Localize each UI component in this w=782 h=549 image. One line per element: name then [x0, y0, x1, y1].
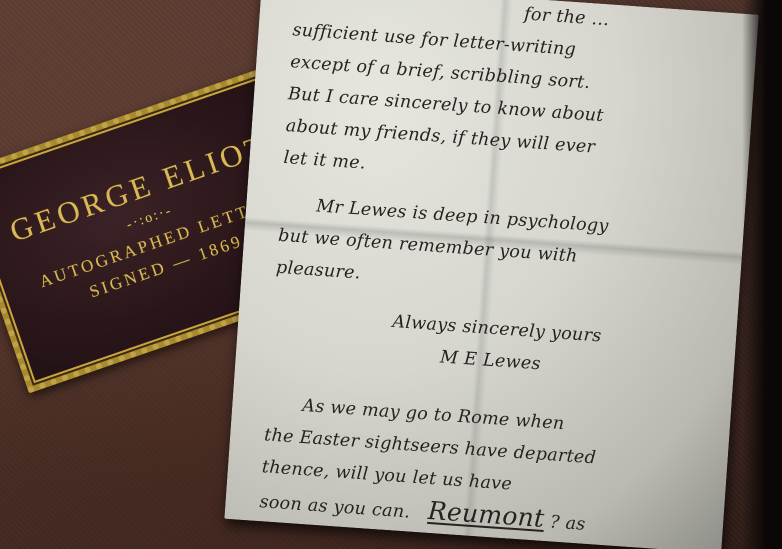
letter-paper: for the ... sufficient use for letter-wr…: [224, 0, 758, 549]
postscript-tail: ? as: [549, 512, 586, 534]
letter-body: for the ... sufficient use for letter-wr…: [258, 0, 738, 549]
edge-shadow: [742, 0, 782, 549]
postscript-name: Reumont: [427, 496, 545, 533]
postscript-text: soon as you can.: [259, 492, 411, 522]
